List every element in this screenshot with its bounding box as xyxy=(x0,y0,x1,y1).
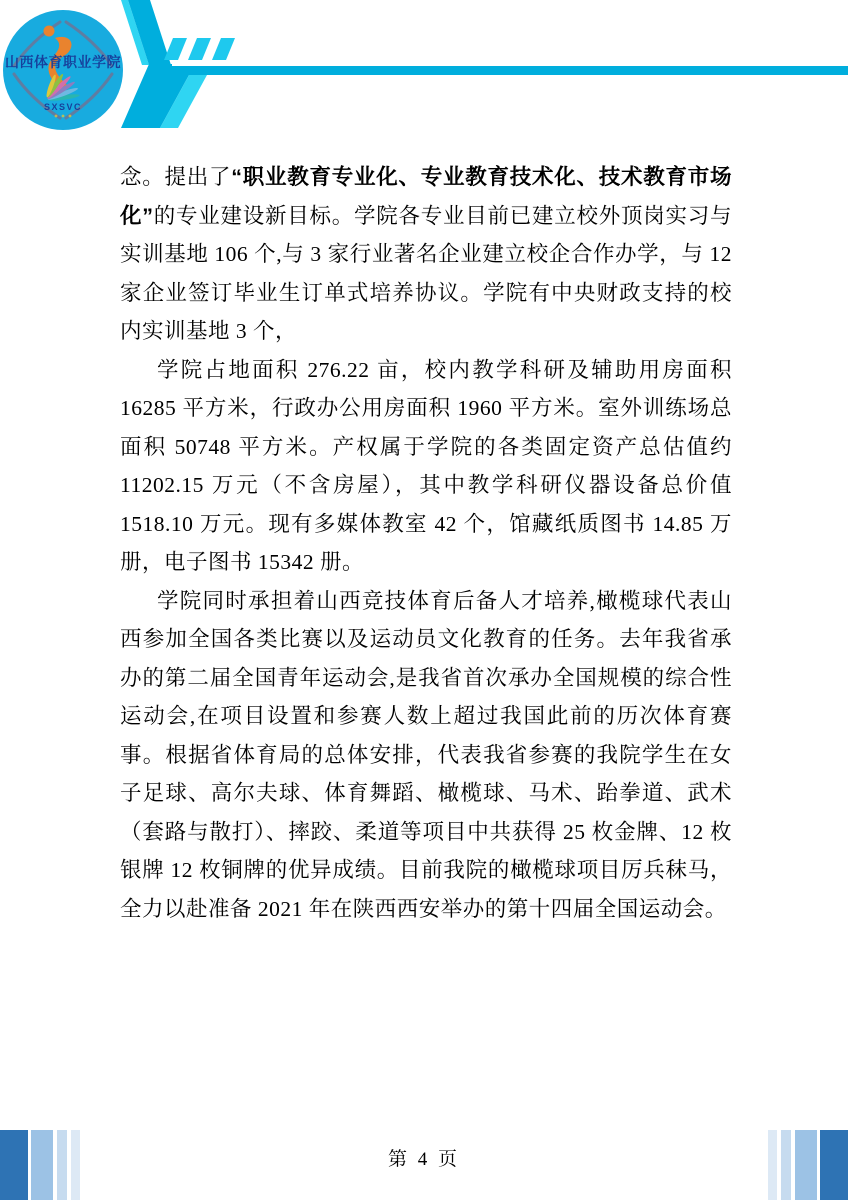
logo-school-name: 山西体育职业学院 xyxy=(5,54,121,70)
footer-bar xyxy=(71,1130,80,1200)
footer-bars-left xyxy=(0,1130,80,1200)
paragraph-text: 念。提出了 xyxy=(120,165,231,189)
footer-bar xyxy=(0,1130,28,1200)
footer-bar xyxy=(795,1130,817,1200)
footer-page-number: 第 4 页 xyxy=(0,1144,848,1171)
school-logo: 山西体育职业学院 SXSVC xyxy=(3,10,123,130)
footer-bar xyxy=(31,1130,53,1200)
header-rule-line xyxy=(166,66,848,75)
logo-abbr: SXSVC xyxy=(44,102,82,112)
paragraph: 学院同时承担着山西竞技体育后备人才培养,橄榄球代表山西参加全国各类比赛以及运动员… xyxy=(120,582,732,929)
footer-bar xyxy=(820,1130,848,1200)
chevron-icon xyxy=(121,0,207,128)
paragraph: 学院占地面积 276.22 亩，校内教学科研及辅助用房面积 16285 平方米，… xyxy=(120,351,732,582)
header-stripes xyxy=(164,38,235,60)
paragraph-text: 的专业建设新目标。学院各专业目前已建立校外顶岗实习与实训基地 106 个,与 3… xyxy=(120,204,732,344)
footer-bar xyxy=(781,1130,791,1200)
paragraph: 念。提出了“职业教育专业化、专业教育技术化、技术教育市场化”的专业建设新目标。学… xyxy=(120,158,732,351)
document-body: 念。提出了“职业教育专业化、专业教育技术化、技术教育市场化”的专业建设新目标。学… xyxy=(120,158,732,928)
logo-circle xyxy=(3,10,123,130)
header-decoration: 山西体育职业学院 SXSVC xyxy=(0,0,848,140)
footer-bar xyxy=(57,1130,67,1200)
footer-bars-right xyxy=(768,1130,848,1200)
footer-bar xyxy=(768,1130,777,1200)
